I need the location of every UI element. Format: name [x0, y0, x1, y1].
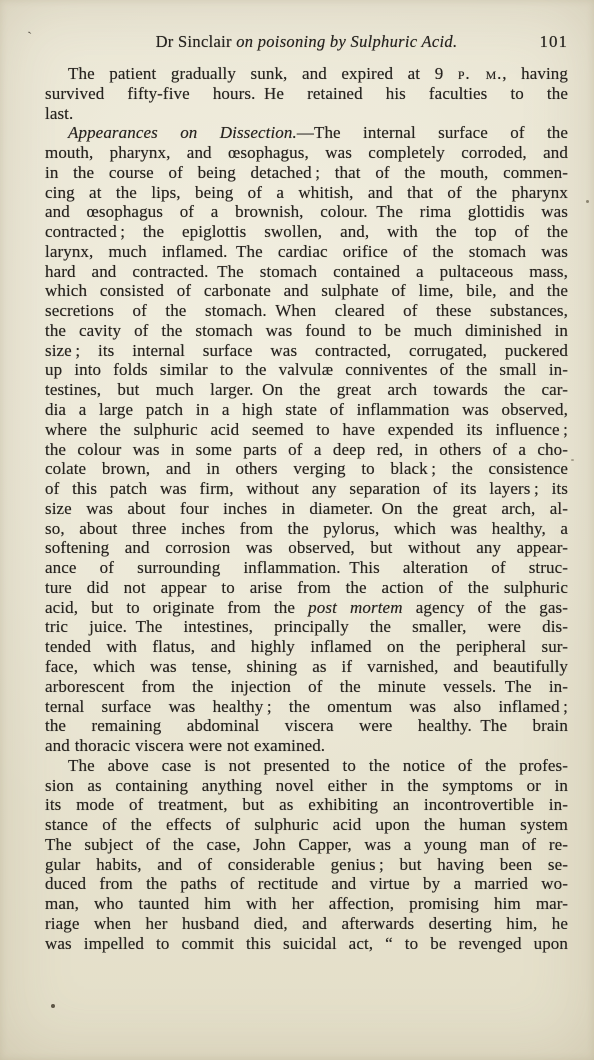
- text-segment: in the course of being detached ; that o…: [45, 163, 568, 182]
- page-number: 101: [540, 31, 569, 53]
- text-line: up into folds similar to the valvulæ con…: [45, 360, 568, 380]
- text-segment: the cavity of the stomach was found to b…: [45, 321, 568, 340]
- text-line: ternal surface was healthy ; the omentum…: [45, 697, 568, 717]
- running-title: Dr Sinclair on poisoning by Sulphuric Ac…: [156, 32, 458, 51]
- text-line: its mode of treatment, but as exhibiting…: [45, 795, 568, 815]
- text-line: gular habits, and of considerable genius…: [45, 855, 568, 875]
- text-line: tric juice. The intestines, principally …: [45, 617, 568, 637]
- text-line: dia a large patch in a high state of inf…: [45, 400, 568, 420]
- text-segment: and thoracic viscera were not examined.: [45, 736, 325, 755]
- text-line: stance of the effects of sulphuric acid …: [45, 815, 568, 835]
- text-line: The above case is not presented to the n…: [45, 756, 568, 776]
- text-segment: last.: [45, 104, 73, 123]
- text-line: and thoracic viscera were not examined.: [45, 736, 568, 756]
- stray-ink-mark: `: [27, 30, 34, 48]
- text-segment: duced from the paths of rectitude and vi…: [45, 874, 568, 893]
- text-line: the colour was in some parts of a deep r…: [45, 440, 568, 460]
- text-segment: acid, but to originate from the: [45, 598, 308, 617]
- text-line: sion as containing anything novel either…: [45, 776, 568, 796]
- text-segment: which consisted of carbonate and sulphat…: [45, 281, 568, 300]
- text-segment: ance of surrounding inflammation. This a…: [45, 558, 568, 577]
- text-line: cing at the lips, being of a whitish, an…: [45, 183, 568, 203]
- text-segment: size was about four inches in diameter. …: [45, 499, 568, 518]
- text-line: last.: [45, 104, 568, 124]
- text-segment: hard and contracted. The stomach contain…: [45, 262, 568, 281]
- text-line: which consisted of carbonate and sulphat…: [45, 281, 568, 301]
- italic-text: Appearances on Dissection.: [68, 123, 297, 142]
- running-header: Dr Sinclair on poisoning by Sulphuric Ac…: [45, 31, 568, 53]
- text-line: tended with flatus, and highly inflamed …: [45, 637, 568, 657]
- text-segment: The above case is not presented to the n…: [68, 756, 568, 775]
- text-line: The subject of the case, John Capper, wa…: [45, 835, 568, 855]
- page-body: The patient gradually sunk, and expired …: [45, 64, 568, 953]
- text-line: man, who taunted him with her affection,…: [45, 894, 568, 914]
- paper-speck: [586, 200, 589, 203]
- text-line: larynx, much inflamed. The cardiac orifi…: [45, 242, 568, 262]
- text-line: and œsophagus of a brownish, colour. The…: [45, 202, 568, 222]
- text-segment: so, about three inches from the pylorus,…: [45, 519, 568, 538]
- text-line: arborescent from the injection of the mi…: [45, 677, 568, 697]
- text-segment: mouth, pharynx, and œsophagus, was compl…: [45, 143, 568, 162]
- paragraph: Appearances on Dissection.—The internal …: [45, 123, 568, 756]
- text-segment: arborescent from the injection of the mi…: [45, 677, 568, 696]
- text-segment: contracted ; the epiglottis swollen, and…: [45, 222, 568, 241]
- text-segment: sion as containing anything novel either…: [45, 776, 568, 795]
- text-segment: larynx, much inflamed. The cardiac orifi…: [45, 242, 568, 261]
- text-segment: colate brown, and in others verging to b…: [45, 459, 568, 478]
- text-segment: riage when her husband died, and afterwa…: [45, 914, 568, 933]
- text-line: size was about four inches in diameter. …: [45, 499, 568, 519]
- text-segment: face, which was tense, shining as if var…: [45, 657, 568, 676]
- italic-text: post mortem: [308, 598, 402, 617]
- text-segment: agency of the gas-: [403, 598, 568, 617]
- text-segment: Dr Sinclair: [156, 32, 237, 51]
- text-segment: softening and corrosion was observed, bu…: [45, 538, 568, 557]
- text-segment: , having: [502, 64, 568, 83]
- paragraph: The above case is not presented to the n…: [45, 756, 568, 954]
- text-segment: tric juice. The intestines, principally …: [45, 617, 568, 636]
- text-line: the cavity of the stomach was found to b…: [45, 321, 568, 341]
- text-segment: and œsophagus of a brownish, colour. The…: [45, 202, 568, 221]
- text-line: ance of surrounding inflammation. This a…: [45, 558, 568, 578]
- text-segment: gular habits, and of considerable genius…: [45, 855, 568, 874]
- text-segment: cing at the lips, being of a whitish, an…: [45, 183, 568, 202]
- text-line: ture did not appear to arise from the ac…: [45, 578, 568, 598]
- text-line: secretions of the stomach. When cleared …: [45, 301, 568, 321]
- text-line: hard and contracted. The stomach contain…: [45, 262, 568, 282]
- text-segment: its mode of treatment, but as exhibiting…: [45, 795, 568, 814]
- text-line: of this patch was firm, without any sepa…: [45, 479, 568, 499]
- text-line: survived fifty-five hours. He retained h…: [45, 84, 568, 104]
- text-line: face, which was tense, shining as if var…: [45, 657, 568, 677]
- text-segment: size ; its internal surface was contract…: [45, 341, 568, 360]
- text-line: in the course of being detached ; that o…: [45, 163, 568, 183]
- paper-speck: [571, 459, 574, 461]
- text-segment: secretions of the stomach. When cleared …: [45, 301, 568, 320]
- text-line: contracted ; the epiglottis swollen, and…: [45, 222, 568, 242]
- text-segment: The patient gradually sunk, and expired …: [68, 64, 458, 83]
- text-segment: of this patch was firm, without any sepa…: [45, 479, 568, 498]
- text-line: acid, but to originate from the post mor…: [45, 598, 568, 618]
- text-line: the remaining abdominal viscera were hea…: [45, 716, 568, 736]
- text-line: testines, but much larger. On the great …: [45, 380, 568, 400]
- text-line: size ; its internal surface was contract…: [45, 341, 568, 361]
- text-segment: ture did not appear to arise from the ac…: [45, 578, 568, 597]
- text-segment: ternal surface was healthy ; the omentum…: [45, 697, 568, 716]
- italic-text: on poisoning by Sulphuric Acid.: [236, 32, 457, 51]
- book-page: ` Dr Sinclair on poisoning by Sulphuric …: [0, 0, 594, 1060]
- text-segment: was impelled to commit this suicidal act…: [45, 934, 568, 953]
- paper-speck: [51, 1004, 55, 1008]
- text-line: riage when her husband died, and afterwa…: [45, 914, 568, 934]
- text-segment: tended with flatus, and highly inflamed …: [45, 637, 568, 656]
- smallcaps-text: p. m.: [458, 64, 502, 83]
- text-line: so, about three inches from the pylorus,…: [45, 519, 568, 539]
- text-line: The patient gradually sunk, and expired …: [45, 64, 568, 84]
- paragraph: The patient gradually sunk, and expired …: [45, 64, 568, 123]
- text-line: where the sulphuric acid seemed to have …: [45, 420, 568, 440]
- text-segment: where the sulphuric acid seemed to have …: [45, 420, 568, 439]
- text-segment: up into folds similar to the valvulæ con…: [45, 360, 568, 379]
- text-line: softening and corrosion was observed, bu…: [45, 538, 568, 558]
- text-segment: stance of the effects of sulphuric acid …: [45, 815, 568, 834]
- text-line: duced from the paths of rectitude and vi…: [45, 874, 568, 894]
- text-line: mouth, pharynx, and œsophagus, was compl…: [45, 143, 568, 163]
- text-segment: The subject of the case, John Capper, wa…: [45, 835, 568, 854]
- text-segment: the remaining abdominal viscera were hea…: [45, 716, 568, 735]
- text-segment: dia a large patch in a high state of inf…: [45, 400, 568, 419]
- text-line: was impelled to commit this suicidal act…: [45, 934, 568, 954]
- text-segment: the colour was in some parts of a deep r…: [45, 440, 568, 459]
- text-line: Appearances on Dissection.—The internal …: [45, 123, 568, 143]
- text-line: colate brown, and in others verging to b…: [45, 459, 568, 479]
- text-segment: survived fifty-five hours. He retained h…: [45, 84, 568, 103]
- text-segment: man, who taunted him with her affection,…: [45, 894, 568, 913]
- text-segment: testines, but much larger. On the great …: [45, 380, 568, 399]
- text-segment: —The internal surface of the: [297, 123, 568, 142]
